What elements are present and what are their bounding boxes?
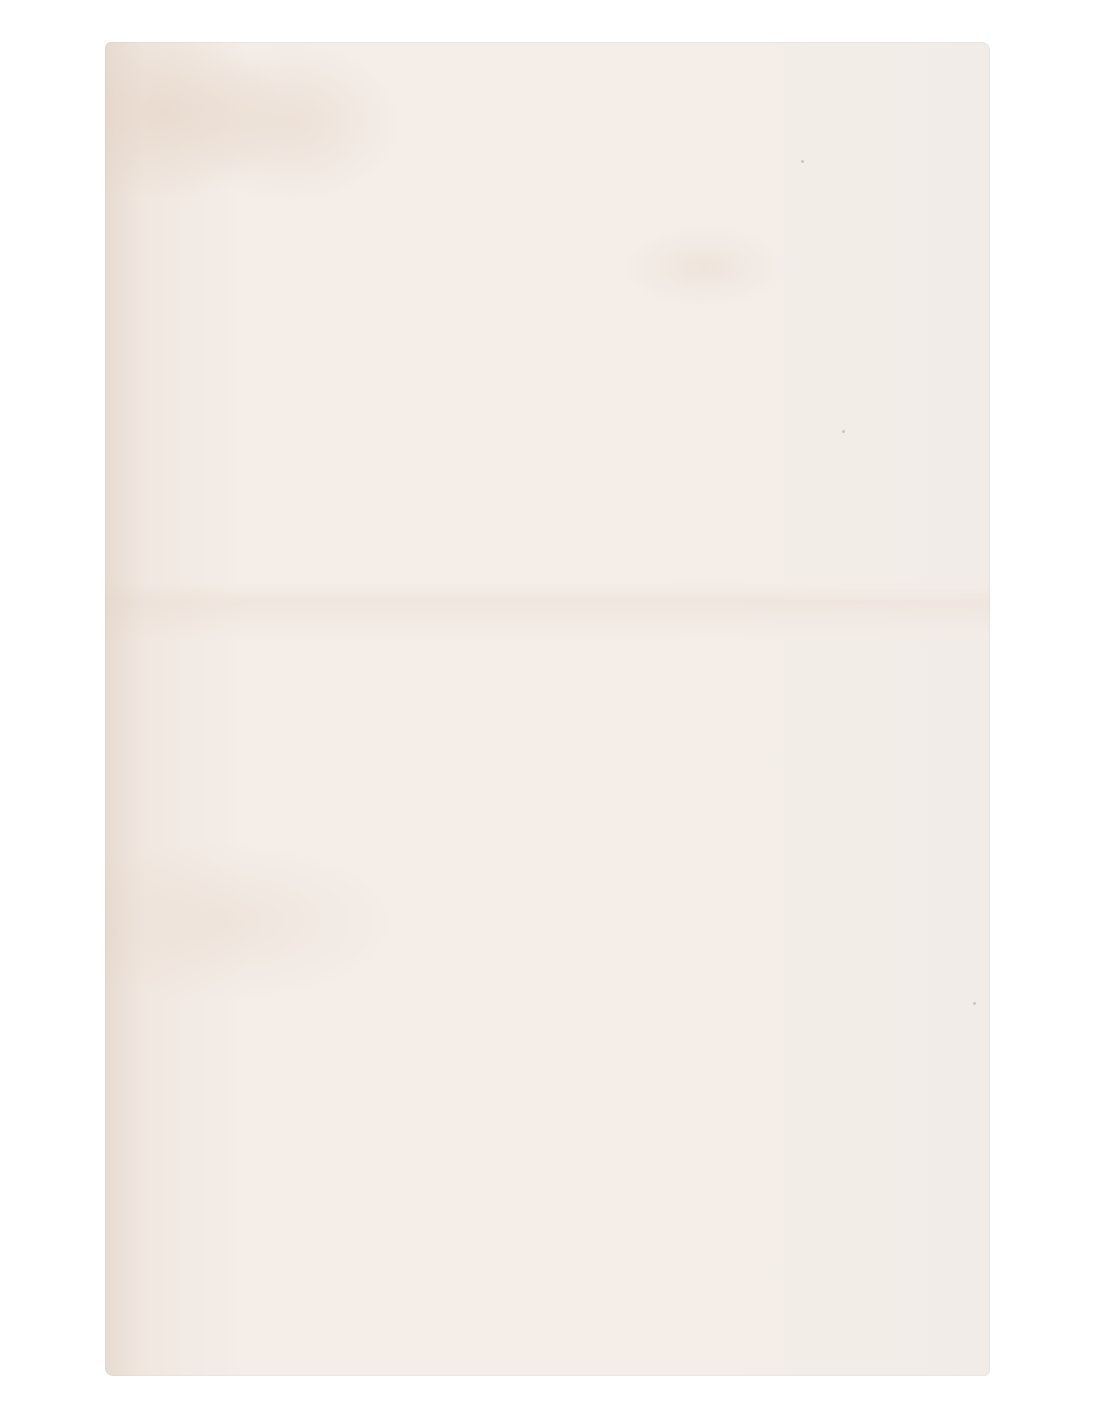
- rug-speck: [842, 430, 845, 433]
- product-photo: [0, 0, 1100, 1422]
- rug-speck: [801, 160, 804, 163]
- rug-speck: [973, 1002, 976, 1005]
- rug: [105, 42, 990, 1376]
